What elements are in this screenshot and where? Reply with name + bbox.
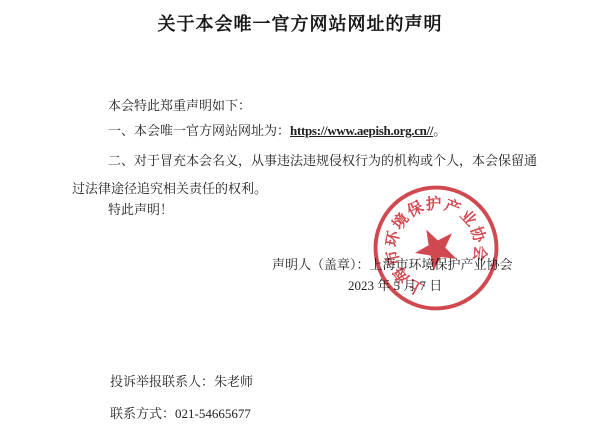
signature-line: 声明人（盖章）：上海市环境保护产业协会: [272, 255, 513, 275]
closing-line: 特此声明！: [108, 200, 173, 220]
svg-text:境: 境: [388, 209, 413, 233]
signer-name: 上海市环境保护产业协会: [370, 257, 513, 272]
document-title: 关于本会唯一官方网站网址的声明: [0, 10, 600, 36]
point-1-period: 。: [433, 123, 446, 138]
svg-text:协: 协: [467, 224, 489, 246]
official-website-url: https://www.aepish.org.cn//: [290, 123, 433, 138]
signer-label: 声明人（盖章）：: [272, 257, 370, 272]
point-1-text: 一、本会唯一官方网站网址为：: [108, 123, 290, 138]
date-line: 2023 年 5 月 7 日: [348, 276, 442, 296]
point-1: 一、本会唯一官方网站网址为：https://www.aepish.org.cn/…: [108, 121, 446, 141]
contact-person-line: 投诉举报联系人：朱老师: [110, 372, 253, 392]
statement-document: 关于本会唯一官方网站网址的声明 本会特此郑重声明如下： 一、本会唯一官方网站网址…: [0, 0, 600, 434]
intro-line: 本会特此郑重声明如下：: [108, 96, 251, 116]
contact-phone-line: 联系方式：021-54665677: [110, 404, 251, 424]
svg-text:业: 业: [456, 206, 480, 230]
point-2: 二、对于冒充本会名义，从事违法违规侵权行为的机构或个人，本会保留通过法律途径追究…: [72, 147, 544, 203]
svg-text:环: 环: [383, 229, 404, 248]
